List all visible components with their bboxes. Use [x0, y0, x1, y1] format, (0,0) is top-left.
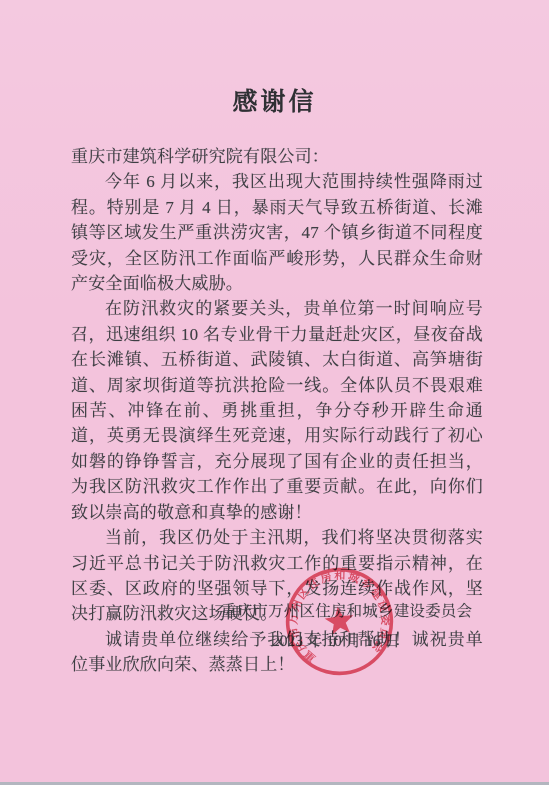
letter-page: 感谢信 重庆市建筑科学研究院有限公司： 今年 6 月以来，我区出现大范围持续性强…	[0, 0, 549, 785]
paragraph: 在防汛救灾的紧要关头，贵单位第一时间响应号召，迅速组织 10 名专业骨干力量赶赴…	[71, 296, 483, 525]
signature-date: 2023 年 10 月 16 日	[272, 629, 400, 651]
letter-title: 感谢信	[0, 82, 549, 118]
signature-org: 重庆市万州区住房和城乡建设委员会	[221, 599, 472, 621]
salutation: 重庆市建筑科学研究院有限公司：	[71, 144, 483, 169]
paragraph: 今年 6 月以来，我区出现大范围持续性强降雨过程。特别是 7 月 4 日，暴雨天…	[71, 169, 483, 296]
letter-body: 重庆市建筑科学研究院有限公司： 今年 6 月以来，我区出现大范围持续性强降雨过程…	[71, 144, 483, 678]
